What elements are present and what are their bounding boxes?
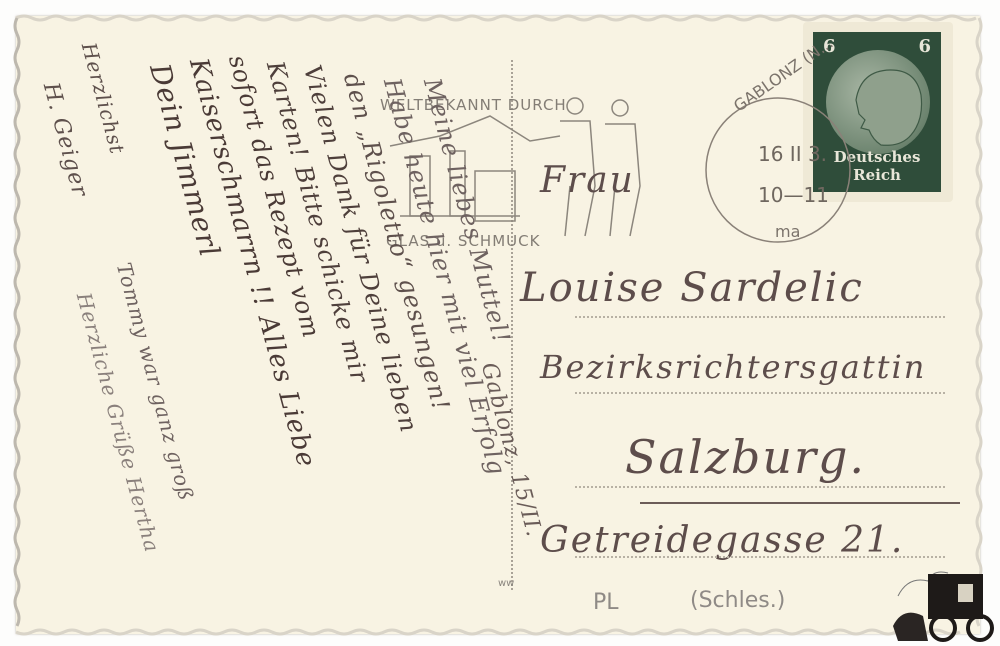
address-street: Getreidegasse 21.	[540, 520, 904, 561]
pencil-region: (Schles.)	[690, 588, 785, 613]
address-line-1	[575, 316, 945, 318]
postmark-date: 16 II 3.	[758, 142, 827, 166]
address-title: Bezirksrichtersgattin	[540, 348, 926, 386]
city-underline	[640, 502, 960, 504]
address-name: Louise Sardelic	[520, 265, 864, 311]
postmark-code: ma	[775, 222, 800, 241]
address-city: Salzburg.	[625, 430, 866, 484]
postmark-time: 10—11	[758, 183, 829, 207]
address-salutation: Frau	[540, 160, 635, 201]
address-line-2	[575, 392, 945, 394]
pencil-country: PL	[593, 590, 619, 615]
stagecoach-illustration-icon	[888, 556, 998, 646]
printer-mark: ww	[498, 578, 514, 589]
address-line-3	[575, 486, 945, 488]
